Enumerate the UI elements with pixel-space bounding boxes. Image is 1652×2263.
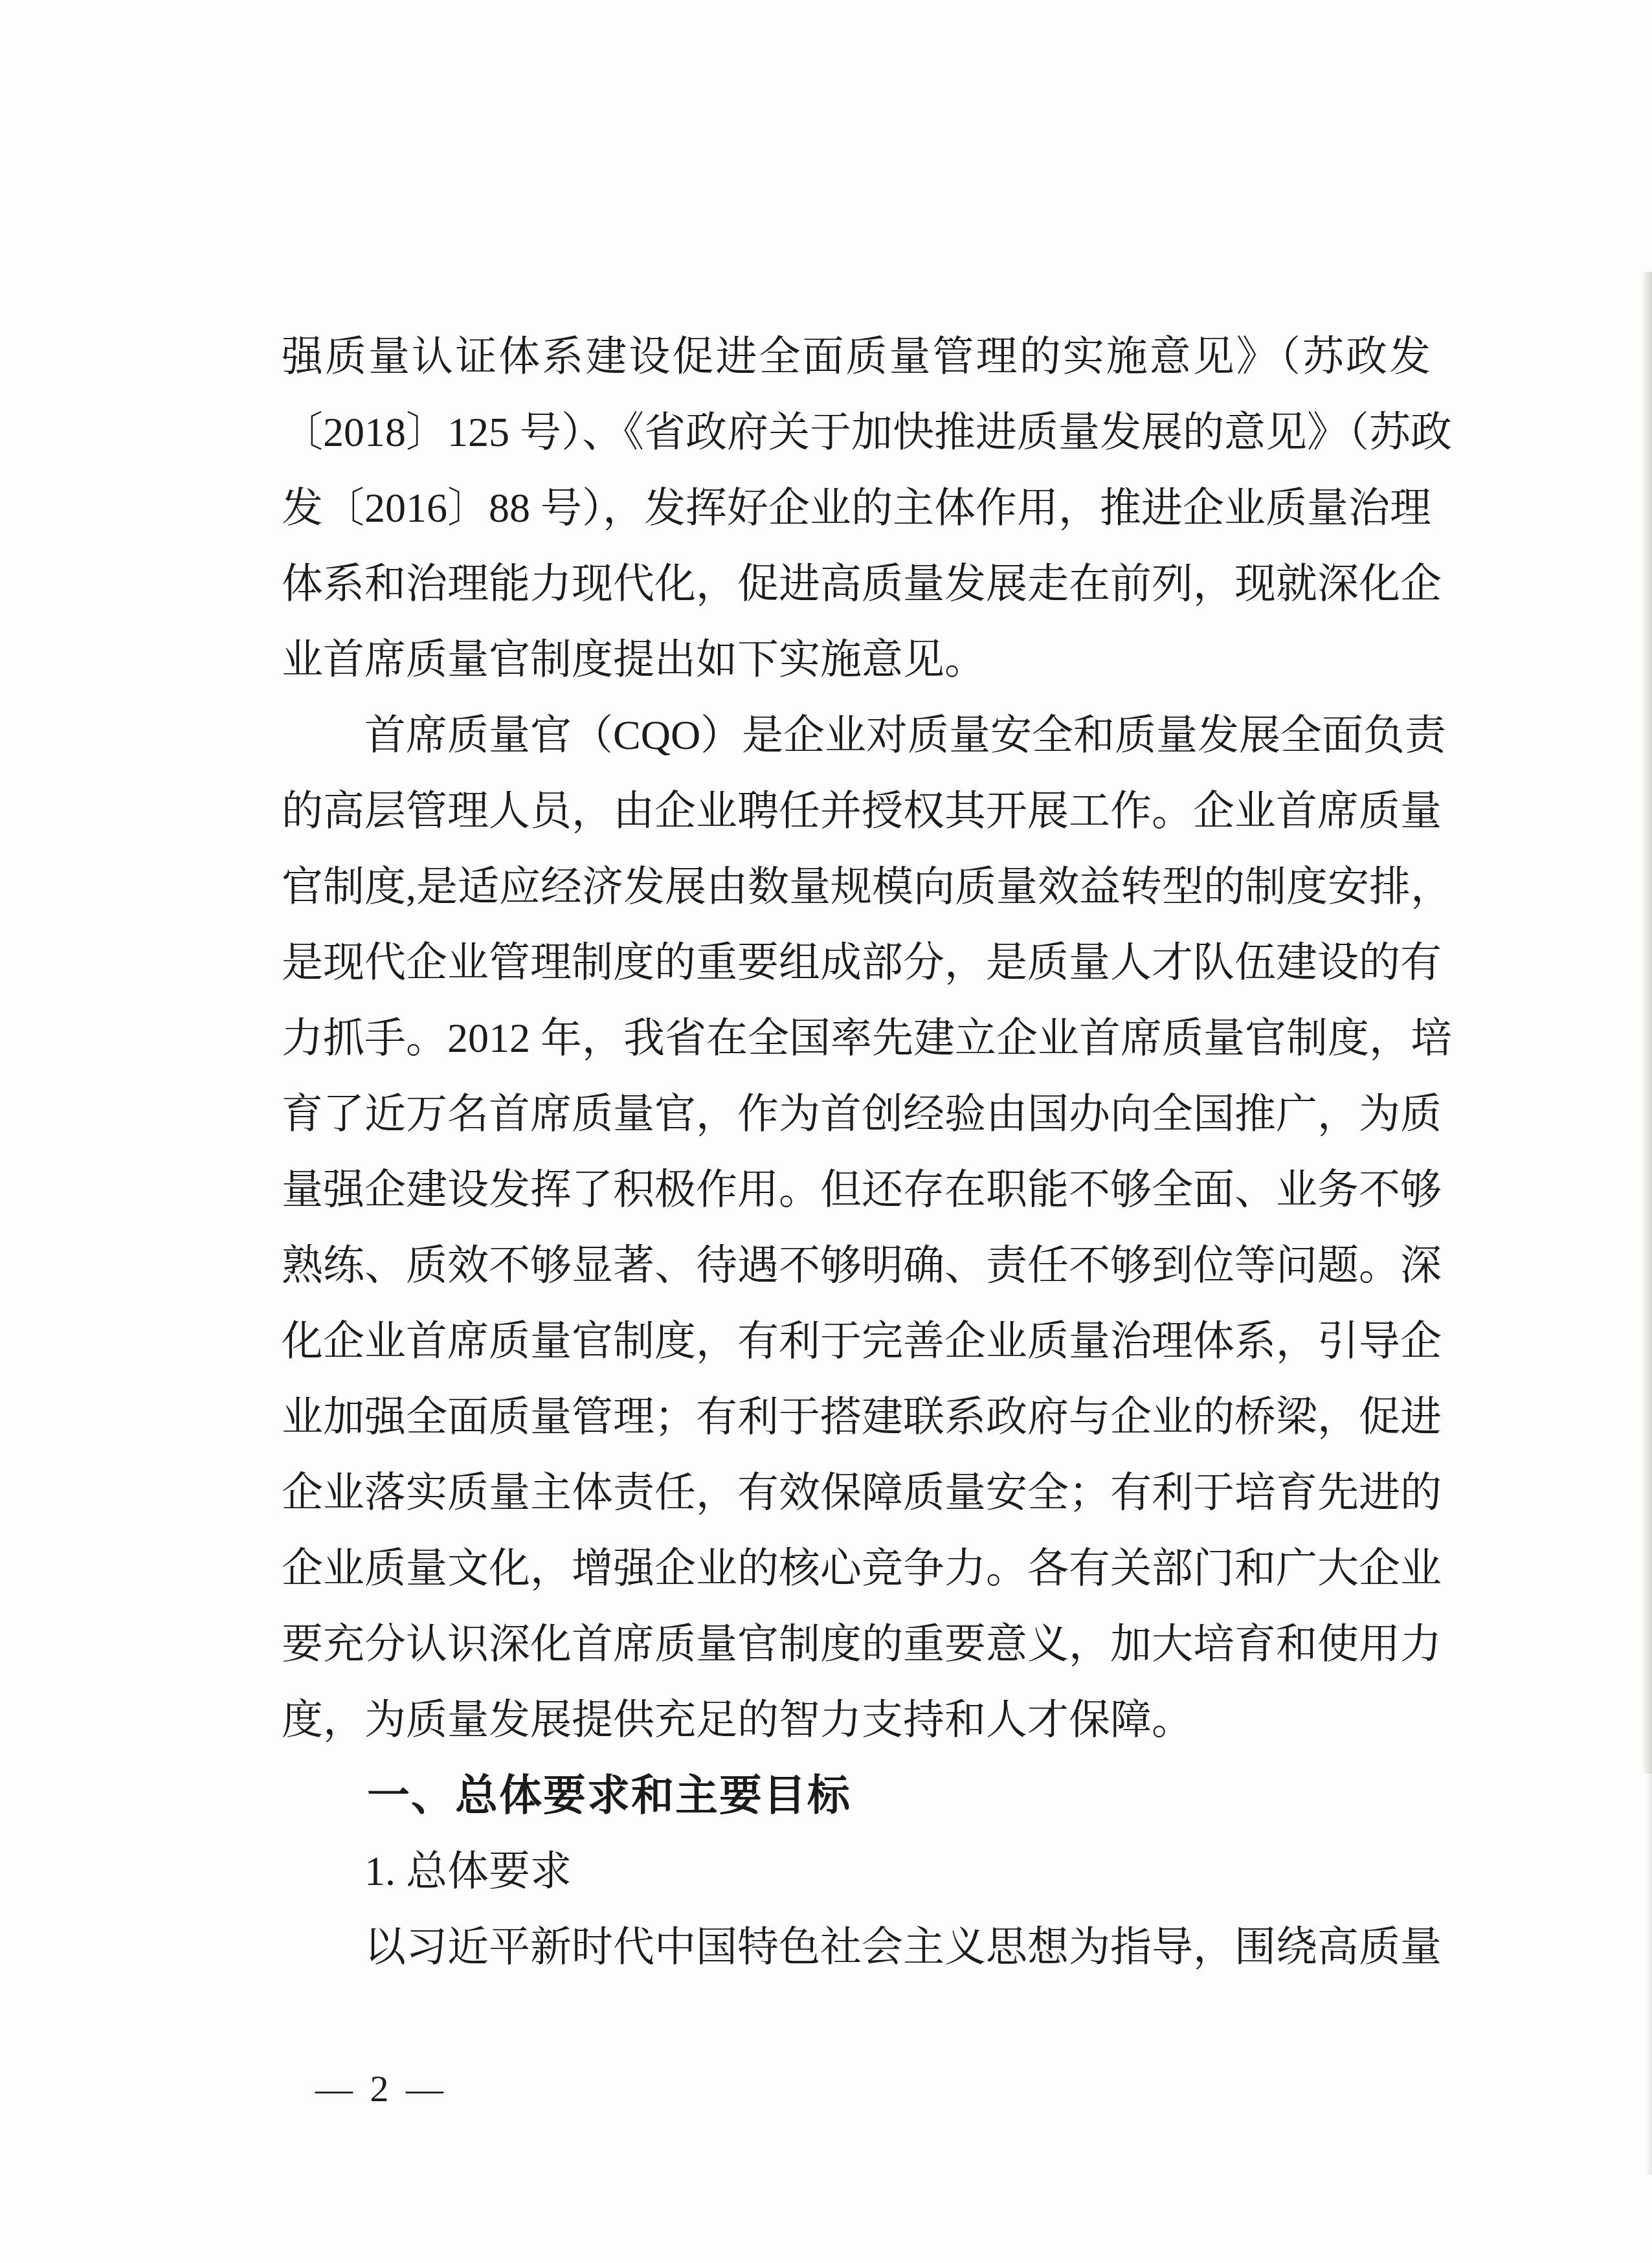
body-line: 业首席质量官制度提出如下实施意见。 [282,621,1431,697]
body-line: 发〔2016〕88 号），发挥好企业的主体作用，推进企业质量治理 [282,470,1431,546]
body-line: 化企业首席质量官制度，有利于完善企业质量治理体系，引导企 [282,1303,1431,1379]
body-line: 育了近万名首席质量官，作为首创经验由国办向全国推广，为质 [282,1076,1431,1152]
body-line: 〔2018〕125 号）、《省政府关于加快推进质量发展的意见》（苏政 [282,394,1431,470]
body-line: 量强企建设发挥了积极作用。但还存在职能不够全面、业务不够 [282,1152,1431,1227]
body-line: 以习近平新时代中国特色社会主义思想为指导，围绕高质量 [282,1909,1431,1985]
scanned-document-page: 强质量认证体系建设促进全面质量管理的实施意见》（苏政发 〔2018〕125 号）… [0,0,1652,2263]
body-line: 体系和治理能力现代化，促进高质量发展走在前列，现就深化企 [282,546,1431,621]
scan-edge-shadow [1642,272,1652,1774]
body-line: 力抓手。2012 年，我省在全国率先建立企业首席质量官制度，培 [282,1000,1431,1076]
body-line: 要充分认识深化首席质量官制度的重要意义，加大培育和使用力 [282,1606,1431,1682]
body-line: 官制度,是适应经济发展由数量规模向质量效益转型的制度安排， [282,849,1431,924]
subsection-heading: 1. 总体要求 [282,1833,1431,1909]
body-line: 强质量认证体系建设促进全面质量管理的实施意见》（苏政发 [282,318,1431,394]
body-line: 度，为质量发展提供充足的智力支持和人才保障。 [282,1682,1431,1757]
body-line: 业加强全面质量管理；有利于搭建联系政府与企业的桥梁，促进 [282,1379,1431,1455]
body-line: 熟练、质效不够显著、待遇不够明确、责任不够到位等问题。深 [282,1227,1431,1303]
body-line: 首席质量官（CQO）是企业对质量安全和质量发展全面负责 [282,697,1431,773]
page-number: — 2 — [315,2069,447,2109]
body-line: 是现代企业管理制度的重要组成部分，是质量人才队伍建设的有 [282,924,1431,1000]
scan-edge-shadow [1646,1774,1652,2175]
body-line: 企业质量文化，增强企业的核心竞争力。各有关部门和广大企业 [282,1530,1431,1606]
body-line: 的高层管理人员，由企业聘任并授权其开展工作。企业首席质量 [282,773,1431,849]
section-heading: 一、总体要求和主要目标 [282,1757,1431,1833]
body-line: 企业落实质量主体责任，有效保障质量安全；有利于培育先进的 [282,1455,1431,1530]
document-body: 强质量认证体系建设促进全面质量管理的实施意见》（苏政发 〔2018〕125 号）… [282,318,1431,1985]
